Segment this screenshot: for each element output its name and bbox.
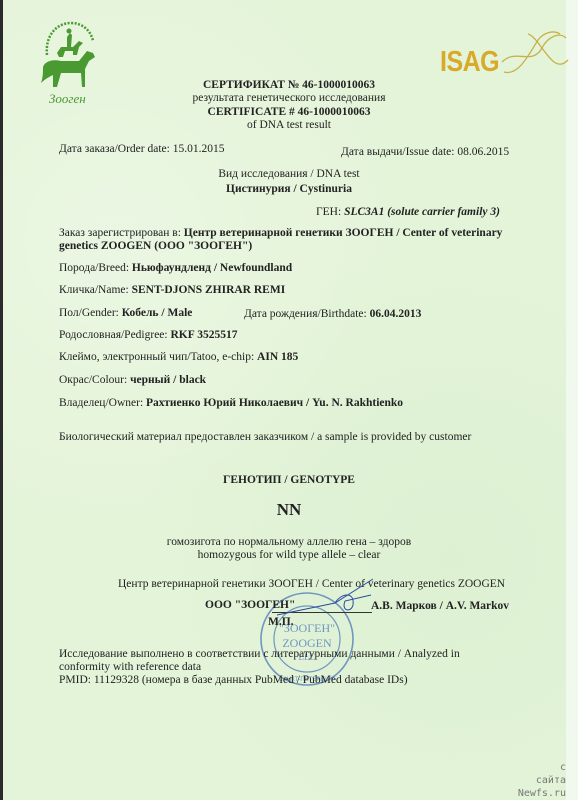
certificate-title-ru: СЕРТИФИКАТ № 46-1000010063 bbox=[0, 79, 578, 92]
gene-value: SLC3A1 (solute carrier family 3) bbox=[344, 206, 500, 218]
name-value: SENT-DJONS ZHIRAR REMI bbox=[132, 284, 286, 296]
gene-line: ГЕН: SLC3A1 (solute carrier family 3) bbox=[316, 206, 500, 218]
registration-line-1: Заказ зарегистрирован в: Центр ветеринар… bbox=[59, 227, 502, 239]
seal-label: М.П. bbox=[268, 616, 294, 628]
gender-label: Пол/Gender: bbox=[59, 307, 122, 319]
genotype-result: NN bbox=[0, 500, 578, 520]
issue-date: Дата выдачи/Issue date: 08.06.2015 bbox=[341, 146, 509, 158]
watermark-line-2: сайта bbox=[536, 775, 566, 786]
watermark-line-1: с bbox=[560, 762, 566, 773]
certificate-subtitle-en: of DNA test result bbox=[0, 119, 578, 132]
birthdate-label: Дата рождения/Birthdate: bbox=[244, 308, 370, 320]
test-label: Вид исследования / DNA test bbox=[0, 168, 578, 180]
chip-field: Клеймо, электронный чип/Tatoo, e-chip: A… bbox=[59, 351, 298, 363]
birthdate-value: 06.04.2013 bbox=[370, 308, 422, 320]
pedigree-field: Родословная/Pedigree: RKF 3525517 bbox=[59, 329, 237, 341]
gender-field: Пол/Gender: Кобель / Male bbox=[59, 307, 192, 319]
breed-value: Ньюфаундленд / Newfoundland bbox=[132, 262, 292, 274]
genotype-description-en: homozygous for wild type allele – clear bbox=[0, 549, 578, 561]
certificate-title-en: CERTIFICATE # 46-1000010063 bbox=[0, 106, 578, 119]
pedigree-label: Родословная/Pedigree: bbox=[59, 329, 171, 341]
owner-label: Владелец/Owner: bbox=[59, 397, 146, 409]
test-name: Цистинурия / Cystinuria bbox=[0, 183, 578, 195]
owner-field: Владелец/Owner: Рахтиенко Юрий Николаеви… bbox=[59, 397, 403, 409]
dna-swirl-icon bbox=[498, 26, 570, 86]
chip-label: Клеймо, электронный чип/Tatoo, e-chip: bbox=[59, 351, 257, 363]
watermark-line-3: Newfs.ru bbox=[518, 788, 566, 799]
breed-field: Порода/Breed: Ньюфаундленд / Newfoundlan… bbox=[59, 262, 292, 274]
footer-pmid: PMID: 11129328 (номера в базе данных Pub… bbox=[59, 674, 408, 686]
genotype-description-ru: гомозигота по нормальному аллелю гена – … bbox=[0, 536, 578, 548]
registration-label: Заказ зарегистрирован в: bbox=[59, 227, 184, 239]
gene-label: ГЕН: bbox=[316, 206, 344, 218]
colour-field: Окрас/Colour: черный / black bbox=[59, 374, 206, 386]
colour-label: Окрас/Colour: bbox=[59, 374, 130, 386]
certificate-subtitle-ru: результата генетического исследования bbox=[0, 92, 578, 105]
registration-value-2: genetics ZOOGEN (ООО "ЗООГЕН") bbox=[59, 240, 252, 252]
signer-name: А.В. Марков / A.V. Markov bbox=[371, 600, 509, 612]
footer-line-2: conformity with reference data bbox=[59, 661, 201, 673]
footer-line-1: Исследование выполнено в соответствии с … bbox=[59, 648, 460, 660]
sample-note: Биологический материал предоставлен зака… bbox=[59, 431, 471, 443]
name-field: Кличка/Name: SENT-DJONS ZHIRAR REMI bbox=[59, 284, 285, 296]
certificate-header: СЕРТИФИКАТ № 46-1000010063 результата ге… bbox=[0, 79, 578, 133]
owner-value: Рахтиенко Юрий Николаевич / Yu. N. Rakht… bbox=[146, 397, 403, 409]
birthdate-field: Дата рождения/Birthdate: 06.04.2013 bbox=[244, 308, 421, 320]
colour-value: черный / black bbox=[130, 374, 206, 386]
breed-label: Порода/Breed: bbox=[59, 262, 132, 274]
isag-logo: ISAG bbox=[440, 26, 570, 86]
gender-value: Кобель / Male bbox=[122, 307, 193, 319]
chip-value: AIN 185 bbox=[257, 351, 298, 363]
registration-value-1: Центр ветеринарной генетики ЗООГЕН / Cen… bbox=[184, 227, 503, 239]
name-label: Кличка/Name: bbox=[59, 284, 132, 296]
pedigree-value: RKF 3525517 bbox=[171, 329, 238, 341]
genotype-heading: ГЕНОТИП / GENOTYPE bbox=[0, 474, 578, 486]
order-date: Дата заказа/Order date: 15.01.2015 bbox=[59, 143, 224, 155]
isag-logo-text: ISAG bbox=[440, 46, 499, 79]
